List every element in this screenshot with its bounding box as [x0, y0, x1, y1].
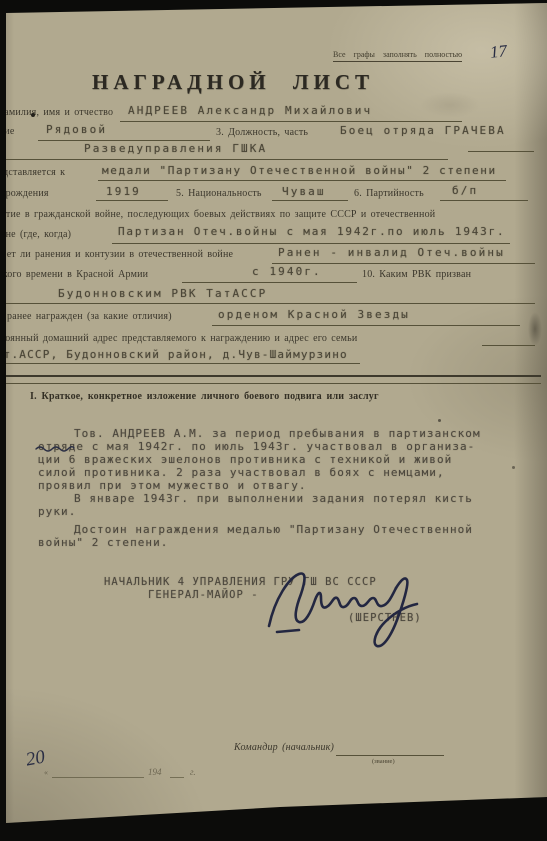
field-birthyear-label: 4. Год рождения — [0, 188, 49, 199]
edge-stain — [528, 312, 542, 346]
section-divider-thick — [6, 375, 541, 377]
date-open-quote: « — [44, 768, 48, 777]
field-nationality-value: Чуваш — [282, 185, 326, 198]
field-position-value-line1: Боец отряда ГРАЧЕВА — [340, 124, 506, 137]
handwritten-correction-scribble — [34, 443, 76, 453]
rule — [112, 243, 510, 244]
fill-all-fields-note: Все графы заполнять полностью — [333, 50, 462, 62]
section1-heading: I. Краткое, конкретное изложение личного… — [30, 391, 379, 402]
date-year-suffix: г. — [190, 767, 196, 777]
citation-line: Тов. АНДРЕЕВ А.М. за период пребывания в… — [74, 427, 481, 440]
document-title: НАГРАДНОЙ ЛИСТ — [92, 70, 374, 95]
paper-stain — [420, 92, 480, 118]
field-address-value: Тат.АССР, Будонновский район, д.Чув-Шайм… — [0, 348, 348, 361]
field-rank-value: Рядовой — [46, 123, 107, 136]
rule — [38, 140, 210, 141]
field-name-label: 1. Фамилия, имя и отчество — [0, 107, 113, 118]
field-awards-label: 11. Чем ранее награжден (за какие отличи… — [0, 311, 172, 322]
citation-line: силой противника. 2 раза участвовал в бо… — [38, 466, 445, 479]
field-party-value: б/п — [452, 184, 478, 197]
citation-line: проявил при этом мужество и отвагу. — [38, 479, 307, 492]
field-address-label: 12. Постоянный домашний адрес представля… — [0, 333, 357, 344]
citation-line: войны" 2 степени. — [38, 536, 168, 549]
citation-line: Достоин награждения медалью "Партизану О… — [74, 523, 473, 536]
date-year-fragment: 194 — [148, 767, 162, 777]
rule — [272, 263, 535, 264]
field-rank-label: 2. Звание — [0, 126, 14, 137]
field-war-value: Партизан Отеч.войны с мая 1942г.по июль … — [118, 225, 505, 238]
section-divider-thin — [6, 383, 541, 384]
date-line — [52, 777, 144, 778]
field-rvk-value: Будонновским РВК ТатАССР — [58, 287, 267, 300]
citation-line: отряде с мая 1942г. по июль 1943г. участ… — [38, 440, 475, 453]
field-party-label: 6. Партийность — [354, 188, 424, 199]
field-service-value: с 1940г. — [252, 265, 322, 278]
rule — [272, 200, 348, 201]
rule — [0, 363, 360, 364]
field-rvk-label: 10. Каким РВК призван — [362, 269, 471, 280]
field-presented-value: медали "Партизану Отечественной войны" 2… — [102, 164, 497, 177]
rule — [212, 325, 520, 326]
handwritten-signature — [255, 560, 435, 655]
citation-line: ции 6 вражеских эшелонов противника с те… — [38, 453, 452, 466]
citation-line: В январе 1943г. при выполнении задания п… — [74, 492, 473, 505]
rule — [120, 121, 462, 122]
field-name-value: АНДРЕЕВ Александр Михайлович — [128, 104, 372, 117]
rule — [98, 180, 506, 181]
field-war-label-line1: 7. Участие в гражданской войне, последую… — [0, 209, 435, 220]
field-position-value-line2: Разведуправления ГШКА — [84, 142, 267, 155]
rule — [440, 200, 528, 201]
commander-label: Командир (начальник) — [234, 742, 334, 753]
rule — [6, 303, 535, 304]
rule — [6, 159, 448, 160]
scanned-award-sheet: Все графы заполнять полностью 17 НАГРАДН… — [0, 0, 547, 841]
rule — [482, 345, 535, 346]
paper-page: Все графы заполнять полностью 17 НАГРАДН… — [0, 0, 547, 841]
field-presented-label: Представляется к — [0, 167, 65, 178]
citation-line: руки. — [38, 505, 76, 518]
handwritten-page-number: 17 — [489, 41, 508, 63]
field-awards-value: орденом Красной Звезды — [218, 308, 410, 321]
rule — [182, 282, 357, 283]
commander-signature-line — [336, 755, 444, 756]
rank-caption: (звание) — [372, 758, 395, 765]
rule — [96, 200, 168, 201]
signer-title-line2: ГЕНЕРАЛ-МАЙОР - — [148, 589, 259, 601]
field-wounds-label: 8. Имеет ли ранения и контузии в отечест… — [0, 249, 233, 260]
field-service-label: 9. С какого времени в Красной Армии — [0, 269, 148, 280]
ink-speck — [438, 419, 441, 422]
field-war-label-line2: войне (где, когда) — [0, 229, 71, 240]
ink-speck — [31, 113, 35, 117]
field-wounds-value: Ранен - инвалид Отеч.войны — [278, 246, 505, 259]
field-nationality-label: 5. Национальность — [176, 188, 262, 199]
rule — [468, 151, 534, 152]
date-line-short — [170, 777, 184, 778]
ink-speck — [512, 466, 515, 469]
field-position-label: 3. Должность, часть — [216, 127, 308, 138]
field-birthyear-value: 1919 — [106, 185, 141, 198]
